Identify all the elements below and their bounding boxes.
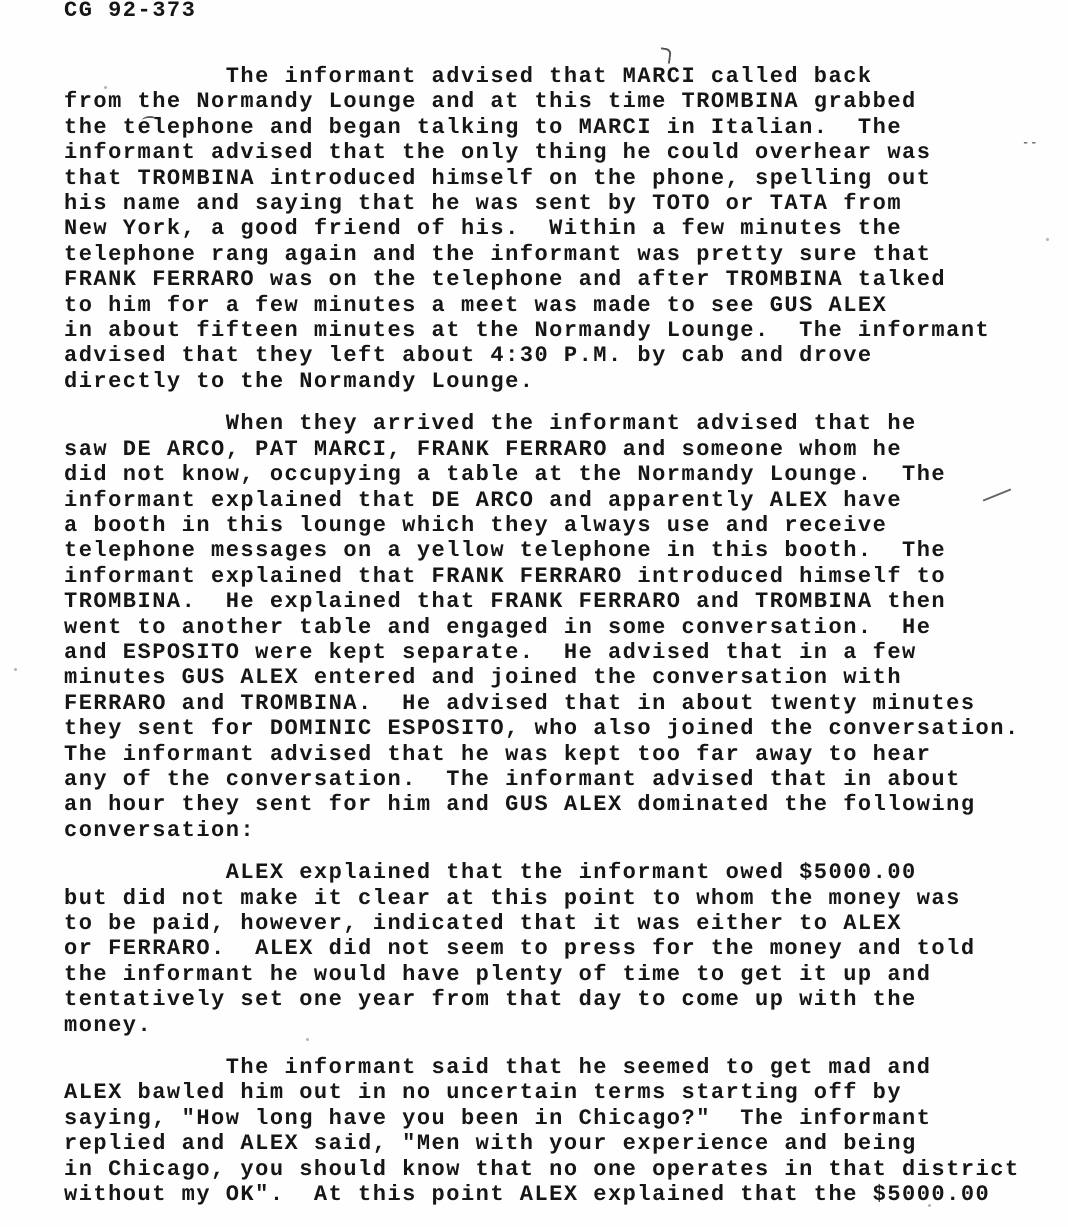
document-page: CG 92-373 The informant advised that MAR…: [0, 0, 1068, 1227]
scan-speck: [14, 668, 17, 671]
case-number: CG 92-373: [64, 0, 196, 24]
scan-artifact-squiggle: [659, 47, 672, 63]
paragraph-normandy-call: The informant advised that MARCI called …: [64, 64, 1054, 394]
document-body: The informant advised that MARCI called …: [64, 64, 1054, 1207]
paragraph-lounge-arrival: When they arrived the informant advised …: [64, 411, 1054, 843]
paragraph-alex-debt: ALEX explained that the informant owed $…: [64, 860, 1054, 1038]
paragraph-alex-rebuke: The informant said that he seemed to get…: [64, 1055, 1054, 1207]
